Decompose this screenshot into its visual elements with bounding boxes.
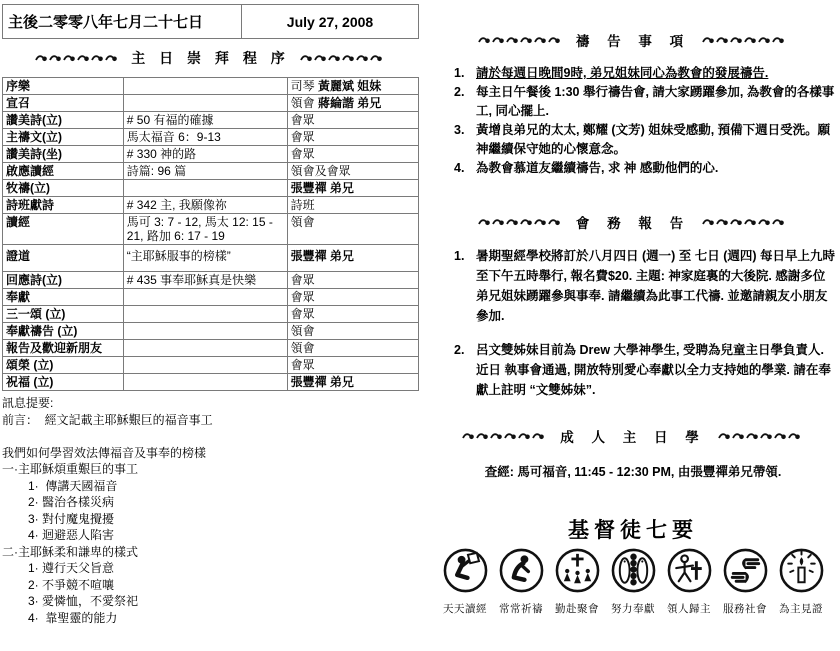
program-item-label: 啟應讀經 xyxy=(3,163,124,180)
program-item-detail xyxy=(123,374,287,391)
list-item-text: 黃增良弟兄的太太, 鄭耀 (文芳) 姐妹受感動, 預備下週日受洗。願 神繼續保守… xyxy=(476,121,836,159)
program-item-label: 頌榮 (立) xyxy=(3,357,124,374)
scroll-ornament-icon xyxy=(702,217,788,228)
outline-line: 4· 靠聖靈的能力 xyxy=(2,610,419,627)
assembly-cross-icon xyxy=(552,547,602,599)
program-item-detail xyxy=(123,306,287,323)
program-item-label: 回應詩(立) xyxy=(3,272,124,289)
outline-line: 3· 對付魔鬼攪擾 xyxy=(2,511,419,528)
outline-line: 1· 遵行天父旨意 xyxy=(2,560,419,577)
program-item-detail: # 342 主, 我願像祢 xyxy=(123,197,287,214)
scroll-ornament-icon xyxy=(300,53,386,64)
essential-label: 為主見證 xyxy=(776,601,826,616)
program-row: 報告及歡迎新朋友領會 xyxy=(3,340,419,357)
date-header-table: 主後二零零八年七月二十七日 July 27, 2008 xyxy=(2,4,419,39)
essential-item: 為主見證 xyxy=(776,547,826,616)
program-row: 祝福 (立)張豐禪 弟兄 xyxy=(3,374,419,391)
program-title: 主 日 崇 拜 程 序 xyxy=(131,48,289,68)
program-item-label: 三一頌 (立) xyxy=(3,306,124,323)
program-row: 讚美詩(坐)# 330 神的路會眾 xyxy=(3,146,419,163)
program-item-who: 張豐禪 弟兄 xyxy=(287,245,418,272)
outline-line: 3· 愛憐恤，不愛祭祀 xyxy=(2,593,419,610)
program-item-who: 詩班 xyxy=(287,197,418,214)
program-row: 三一頌 (立)會眾 xyxy=(3,306,419,323)
praying-icon xyxy=(496,547,546,599)
program-row: 讀經馬可 3: 7 - 12, 馬太 12: 15 - 21, 路加 6: 17… xyxy=(3,214,419,245)
list-item-number: 2. xyxy=(454,340,476,400)
program-item-label: 證道 xyxy=(3,245,124,272)
bible-reading-icon xyxy=(440,547,490,599)
outline-line: 1· 傳講天國福音 xyxy=(2,478,419,495)
outline-line: 訊息提要: xyxy=(2,395,419,412)
program-item-label: 讚美詩(坐) xyxy=(3,146,124,163)
program-item-detail: “主耶穌服事的榜樣” xyxy=(123,245,287,272)
list-item-number: 1. xyxy=(454,246,476,326)
list-item-text: 請於每週日晚間9時, 弟兄姐妹同心為教會的發展禱告. xyxy=(476,64,836,83)
program-item-who: 司琴 黃麗斌 姐妹 xyxy=(287,78,418,95)
seven-essentials-title: 基督徒七要 xyxy=(428,514,838,544)
program-title-row: 主 日 崇 拜 程 序 xyxy=(2,48,419,68)
program-item-who: 會眾 xyxy=(287,129,418,146)
date-row: 主後二零零八年七月二十七日 July 27, 2008 xyxy=(3,5,419,39)
program-item-detail xyxy=(123,78,287,95)
program-row: 回應詩(立)# 435 事奉耶穌真是快樂會眾 xyxy=(3,272,419,289)
program-item-label: 報告及歡迎新朋友 xyxy=(3,340,124,357)
program-item-label: 牧禱(立) xyxy=(3,180,124,197)
announcements-column: 禱 告 事 項 1.請於每週日晚間9時, 弟兄姐妹同心為教會的發展禱告.2.每主… xyxy=(428,30,838,616)
outline-line: 一·主耶穌煩重艱巨的事工 xyxy=(2,461,419,478)
program-item-who: 領會 xyxy=(287,340,418,357)
list-item-number: 1. xyxy=(454,64,476,83)
outline-line: 前言： 經文記載主耶穌艱巨的福音事工 xyxy=(2,412,419,429)
program-item-detail xyxy=(123,340,287,357)
program-row: 主禱文(立)馬太福音 6：9-13會眾 xyxy=(3,129,419,146)
seven-essentials-icons: 天天讀經常常祈禱勤赴聚會努力奉獻領人歸主服務社會為主見證 xyxy=(428,547,838,616)
list-item-number: 4. xyxy=(454,159,476,178)
essential-item: 領人歸主 xyxy=(664,547,714,616)
program-item-detail xyxy=(123,180,287,197)
sunday-school-lesson: 查經: 馬可福音, 11:45 - 12:30 PM, 由張豐禪弟兄帶領. xyxy=(428,462,838,480)
program-table: 序樂司琴 黃麗斌 姐妹宣召領會 蔣綸諧 弟兄讚美詩(立)# 50 有福的確據會眾… xyxy=(2,77,419,391)
program-item-detail: 詩篇: 96 篇 xyxy=(123,163,287,180)
offering-fish-icon xyxy=(608,547,658,599)
essential-label: 領人歸主 xyxy=(664,601,714,616)
church-bulletin-page: 主後二零零八年七月二十七日 July 27, 2008 主 日 崇 拜 程 序 … xyxy=(0,0,840,651)
program-item-who: 領會及會眾 xyxy=(287,163,418,180)
outline-line: 2· 醫治各樣災病 xyxy=(2,494,419,511)
program-item-label: 奉獻 xyxy=(3,289,124,306)
date-chinese: 主後二零零八年七月二十七日 xyxy=(3,5,242,39)
essential-item: 勤赴聚會 xyxy=(552,547,602,616)
program-item-who: 會眾 xyxy=(287,289,418,306)
list-item-text: 為教會慕道友繼續禱告, 求 神 感動他們的心. xyxy=(476,159,836,178)
program-item-who: 領會 xyxy=(287,214,418,245)
program-item-label: 讚美詩(立) xyxy=(3,112,124,129)
sunday-school-title: 成 人 主 日 學 xyxy=(560,426,706,446)
list-item: 4.為教會慕道友繼續禱告, 求 神 感動他們的心. xyxy=(454,159,836,178)
prayer-title: 禱 告 事 項 xyxy=(576,30,690,50)
program-item-detail: # 50 有福的確據 xyxy=(123,112,287,129)
scroll-ornament-icon xyxy=(462,431,548,442)
report-title: 會 務 報 告 xyxy=(576,212,690,232)
date-english: July 27, 2008 xyxy=(242,5,419,39)
outline-line: 我們如何學習效法傳福音及事奉的榜樣 xyxy=(2,445,419,462)
program-item-detail: 馬太福音 6：9-13 xyxy=(123,129,287,146)
program-item-label: 祝福 (立) xyxy=(3,374,124,391)
program-row: 頌榮 (立)會眾 xyxy=(3,357,419,374)
program-item-who: 領會 蔣綸諧 弟兄 xyxy=(287,95,418,112)
program-row: 啟應讀經詩篇: 96 篇領會及會眾 xyxy=(3,163,419,180)
outline-line xyxy=(2,428,419,445)
program-row: 宣召領會 蔣綸諧 弟兄 xyxy=(3,95,419,112)
scroll-ornament-icon xyxy=(702,35,788,46)
outline-line: 2· 不爭競不喧嚷 xyxy=(2,577,419,594)
program-row: 證道“主耶穌服事的榜樣”張豐禪 弟兄 xyxy=(3,245,419,272)
report-list: 1.暑期聖經學校將訂於八月四日 (週一) 至 七日 (週四) 每日早上九時至下午… xyxy=(428,246,838,400)
program-row: 牧禱(立)張豐禪 弟兄 xyxy=(3,180,419,197)
program-item-who: 領會 xyxy=(287,323,418,340)
prayer-list: 1.請於每週日晚間9時, 弟兄姐妹同心為教會的發展禱告.2.每主日午餐後 1:3… xyxy=(428,64,838,178)
outline-line: 二·主耶穌柔和謙卑的樣式 xyxy=(2,544,419,561)
program-item-detail xyxy=(123,323,287,340)
program-row: 序樂司琴 黃麗斌 姐妹 xyxy=(3,78,419,95)
list-item-number: 3. xyxy=(454,121,476,159)
program-row: 讚美詩(立)# 50 有福的確據會眾 xyxy=(3,112,419,129)
message-outline: 訊息提要:前言： 經文記載主耶穌艱巨的福音事工 我們如何學習效法傳福音及事奉的榜… xyxy=(2,395,419,626)
program-row: 奉獻會眾 xyxy=(3,289,419,306)
program-item-label: 序樂 xyxy=(3,78,124,95)
program-item-label: 讀經 xyxy=(3,214,124,245)
scroll-ornament-icon xyxy=(718,431,804,442)
essential-label: 努力奉獻 xyxy=(608,601,658,616)
list-item: 1.請於每週日晚間9時, 弟兄姐妹同心為教會的發展禱告. xyxy=(454,64,836,83)
scroll-ornament-icon xyxy=(35,53,121,64)
outline-line: 4· 迴避惡人陷害 xyxy=(2,527,419,544)
essential-item: 天天讀經 xyxy=(440,547,490,616)
essential-label: 勤赴聚會 xyxy=(552,601,602,616)
list-item: 1.暑期聖經學校將訂於八月四日 (週一) 至 七日 (週四) 每日早上九時至下午… xyxy=(454,246,836,326)
program-table-body: 序樂司琴 黃麗斌 姐妹宣召領會 蔣綸諧 弟兄讚美詩(立)# 50 有福的確據會眾… xyxy=(3,78,419,391)
prayer-section-header: 禱 告 事 項 xyxy=(428,30,838,50)
program-item-who: 張豐禪 弟兄 xyxy=(287,374,418,391)
essential-label: 天天讀經 xyxy=(440,601,490,616)
essential-item: 努力奉獻 xyxy=(608,547,658,616)
program-item-label: 詩班獻詩 xyxy=(3,197,124,214)
witness-candle-icon xyxy=(776,547,826,599)
program-row: 奉獻禱告 (立)領會 xyxy=(3,323,419,340)
program-item-detail xyxy=(123,289,287,306)
list-item: 2.每主日午餐後 1:30 舉行禱告會, 請大家踴躍參加, 為教會的各樣事工, … xyxy=(454,83,836,121)
essential-item: 服務社會 xyxy=(720,547,770,616)
program-item-detail: # 435 事奉耶穌真是快樂 xyxy=(123,272,287,289)
program-item-who: 會眾 xyxy=(287,112,418,129)
program-item-detail: 馬可 3: 7 - 12, 馬太 12: 15 - 21, 路加 6: 17 -… xyxy=(123,214,287,245)
list-item: 3.黃增良弟兄的太太, 鄭耀 (文芳) 姐妹受感動, 預備下週日受洗。願 神繼續… xyxy=(454,121,836,159)
program-item-who: 會眾 xyxy=(287,357,418,374)
program-item-who: 張豐禪 弟兄 xyxy=(287,180,418,197)
scroll-ornament-icon xyxy=(478,217,564,228)
program-item-who: 會眾 xyxy=(287,272,418,289)
essential-item: 常常祈禱 xyxy=(496,547,546,616)
program-item-label: 奉獻禱告 (立) xyxy=(3,323,124,340)
report-section-header: 會 務 報 告 xyxy=(428,212,838,232)
list-item-number: 2. xyxy=(454,83,476,121)
program-item-detail xyxy=(123,95,287,112)
serving-hands-icon xyxy=(720,547,770,599)
program-item-detail: # 330 神的路 xyxy=(123,146,287,163)
list-item-text: 每主日午餐後 1:30 舉行禱告會, 請大家踴躍參加, 為教會的各樣事工, 同心… xyxy=(476,83,836,121)
evangelism-icon xyxy=(664,547,714,599)
worship-program-column: 主後二零零八年七月二十七日 July 27, 2008 主 日 崇 拜 程 序 … xyxy=(2,4,419,626)
program-item-label: 宣召 xyxy=(3,95,124,112)
list-item: 2.呂文雙姊妹目前為 Drew 大學神學生, 受聘為兒童主日學負責人. 近日 執… xyxy=(454,340,836,400)
list-item-text: 呂文雙姊妹目前為 Drew 大學神學生, 受聘為兒童主日學負責人. 近日 執事會… xyxy=(476,340,836,400)
program-item-who: 會眾 xyxy=(287,306,418,323)
program-row: 詩班獻詩# 342 主, 我願像祢詩班 xyxy=(3,197,419,214)
program-item-label: 主禱文(立) xyxy=(3,129,124,146)
scroll-ornament-icon xyxy=(478,35,564,46)
program-item-who: 會眾 xyxy=(287,146,418,163)
list-item-text: 暑期聖經學校將訂於八月四日 (週一) 至 七日 (週四) 每日早上九時至下午五時… xyxy=(476,246,836,326)
sunday-school-section-header: 成 人 主 日 學 xyxy=(428,426,838,446)
essential-label: 常常祈禱 xyxy=(496,601,546,616)
program-item-detail xyxy=(123,357,287,374)
essential-label: 服務社會 xyxy=(720,601,770,616)
